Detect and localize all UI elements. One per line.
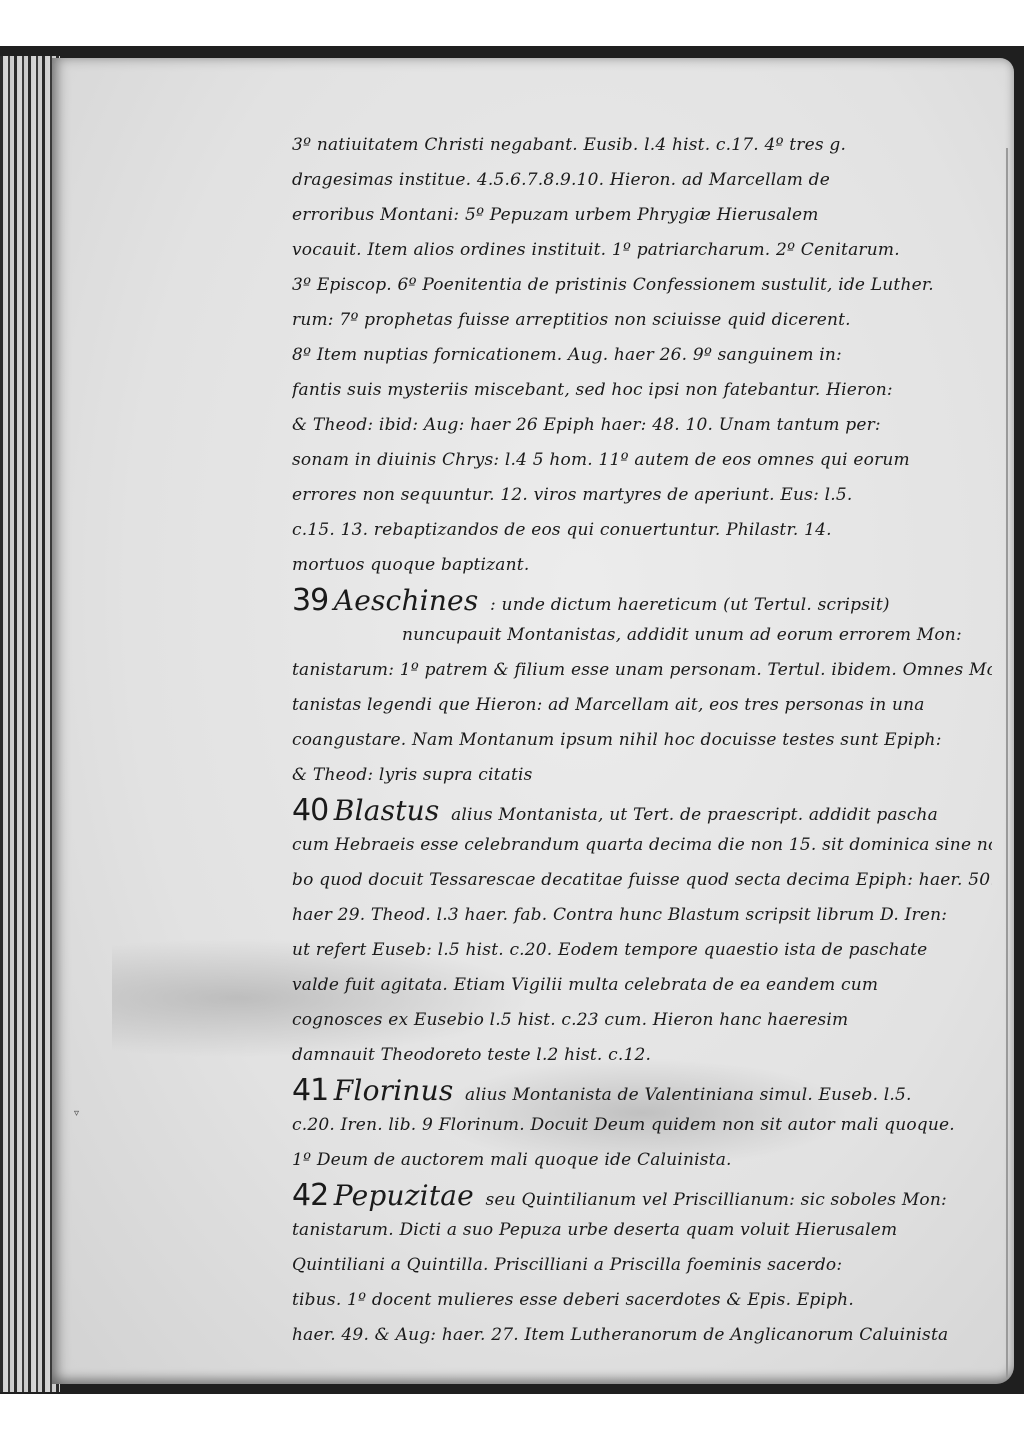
entry-text: alius Montanista de Valentiniana simul. … (465, 1085, 912, 1105)
text-line: tibus. 1º docent mulieres esse deberi sa… (292, 1283, 992, 1318)
text-line: haer 29. Theod. l.3 haer. fab. Contra hu… (292, 898, 992, 933)
text-line: tanistarum: 1º patrem & filium esse unam… (292, 653, 992, 688)
text-line: haer. 49. & Aug: haer. 27. Item Lutheran… (292, 1318, 992, 1353)
text-line: tanistarum. Dicti a suo Pepuza urbe dese… (292, 1213, 992, 1248)
entry-number: 39 (292, 583, 328, 618)
entry-41-heading: 41 Florinus alius Montanista de Valentin… (292, 1073, 992, 1108)
text-line: c.20. Iren. lib. 9 Florinum. Docuit Deum… (292, 1108, 992, 1143)
text-line: fantis suis mysteriis miscebant, sed hoc… (292, 373, 992, 408)
text-line: c.15. 13. rebaptizandos de eos qui conue… (292, 513, 992, 548)
text-line: 3º Episcop. 6º Poenitentia de pristinis … (292, 268, 992, 303)
text-line: damnauit Theodoreto teste l.2 hist. c.12… (292, 1038, 992, 1073)
text-line: dragesimas institue. 4.5.6.7.8.9.10. Hie… (292, 163, 992, 198)
text-line: cognosces ex Eusebio l.5 hist. c.23 cum.… (292, 1003, 992, 1038)
text-line: bo quod docuit Tessarescae decatitae fui… (292, 863, 992, 898)
text-line: 8º Item nuptias fornicationem. Aug. haer… (292, 338, 992, 373)
text-line: Quintiliani a Quintilla. Priscilliani a … (292, 1248, 992, 1283)
text-line: vocauit. Item alios ordines instituit. 1… (292, 233, 992, 268)
entry-name: Florinus (334, 1074, 454, 1107)
text-line: ut refert Euseb: l.5 hist. c.20. Eodem t… (292, 933, 992, 968)
text-line: cum Hebraeis esse celebrandum quarta dec… (292, 828, 992, 863)
entry-text: alius Montanista, ut Tert. de praescript… (451, 805, 938, 825)
text-line: 3º natiuitatem Christi negabant. Eusib. … (292, 128, 992, 163)
margin-marker-icon: ▿ (74, 1108, 79, 1119)
text-line: erroribus Montani: 5º Pepuzam urbem Phry… (292, 198, 992, 233)
text-line: mortuos quoque baptizant. (292, 548, 992, 583)
book-page-edges (0, 56, 60, 1392)
text-line: coangustare. Nam Montanum ipsum nihil ho… (292, 723, 992, 758)
text-line: & Theod: lyris supra citatis (292, 758, 992, 793)
entry-number: 42 (292, 1178, 328, 1213)
entry-number: 40 (292, 793, 328, 828)
text-line: 1º Deum de auctorem mali quoque ide Calu… (292, 1143, 992, 1178)
text-line: nuncupauit Montanistas, addidit unum ad … (292, 618, 992, 653)
entry-number: 41 (292, 1073, 328, 1108)
text-line: valde fuit agitata. Etiam Vigilii multa … (292, 968, 992, 1003)
entry-name: Aeschines (334, 584, 479, 617)
text-line: & Theod: ibid: Aug: haer 26 Epiph haer: … (292, 408, 992, 443)
entry-name: Blastus (334, 794, 440, 827)
text-line: tanistas legendi que Hieron: ad Marcella… (292, 688, 992, 723)
entry-42-heading: 42 Pepuzitae seu Quintilianum vel Prisci… (292, 1178, 992, 1213)
page-right-edge (1006, 148, 1008, 1378)
text-line: errores non sequuntur. 12. viros martyre… (292, 478, 992, 513)
entry-name: Pepuzitae (334, 1179, 474, 1212)
text-line: sonam in diuinis Chrys: l.4 5 hom. 11º a… (292, 443, 992, 478)
entry-text: seu Quintilianum vel Priscillianum: sic … (486, 1190, 947, 1210)
text-line: rum: 7º prophetas fuisse arreptitios non… (292, 303, 992, 338)
entry-39-heading: 39 Aeschines : unde dictum haereticum (u… (292, 583, 992, 618)
manuscript-text: 3º natiuitatem Christi negabant. Eusib. … (292, 128, 992, 1353)
entry-text: : unde dictum haereticum (ut Tertul. scr… (490, 595, 890, 615)
entry-40-heading: 40 Blastus alius Montanista, ut Tert. de… (292, 793, 992, 828)
